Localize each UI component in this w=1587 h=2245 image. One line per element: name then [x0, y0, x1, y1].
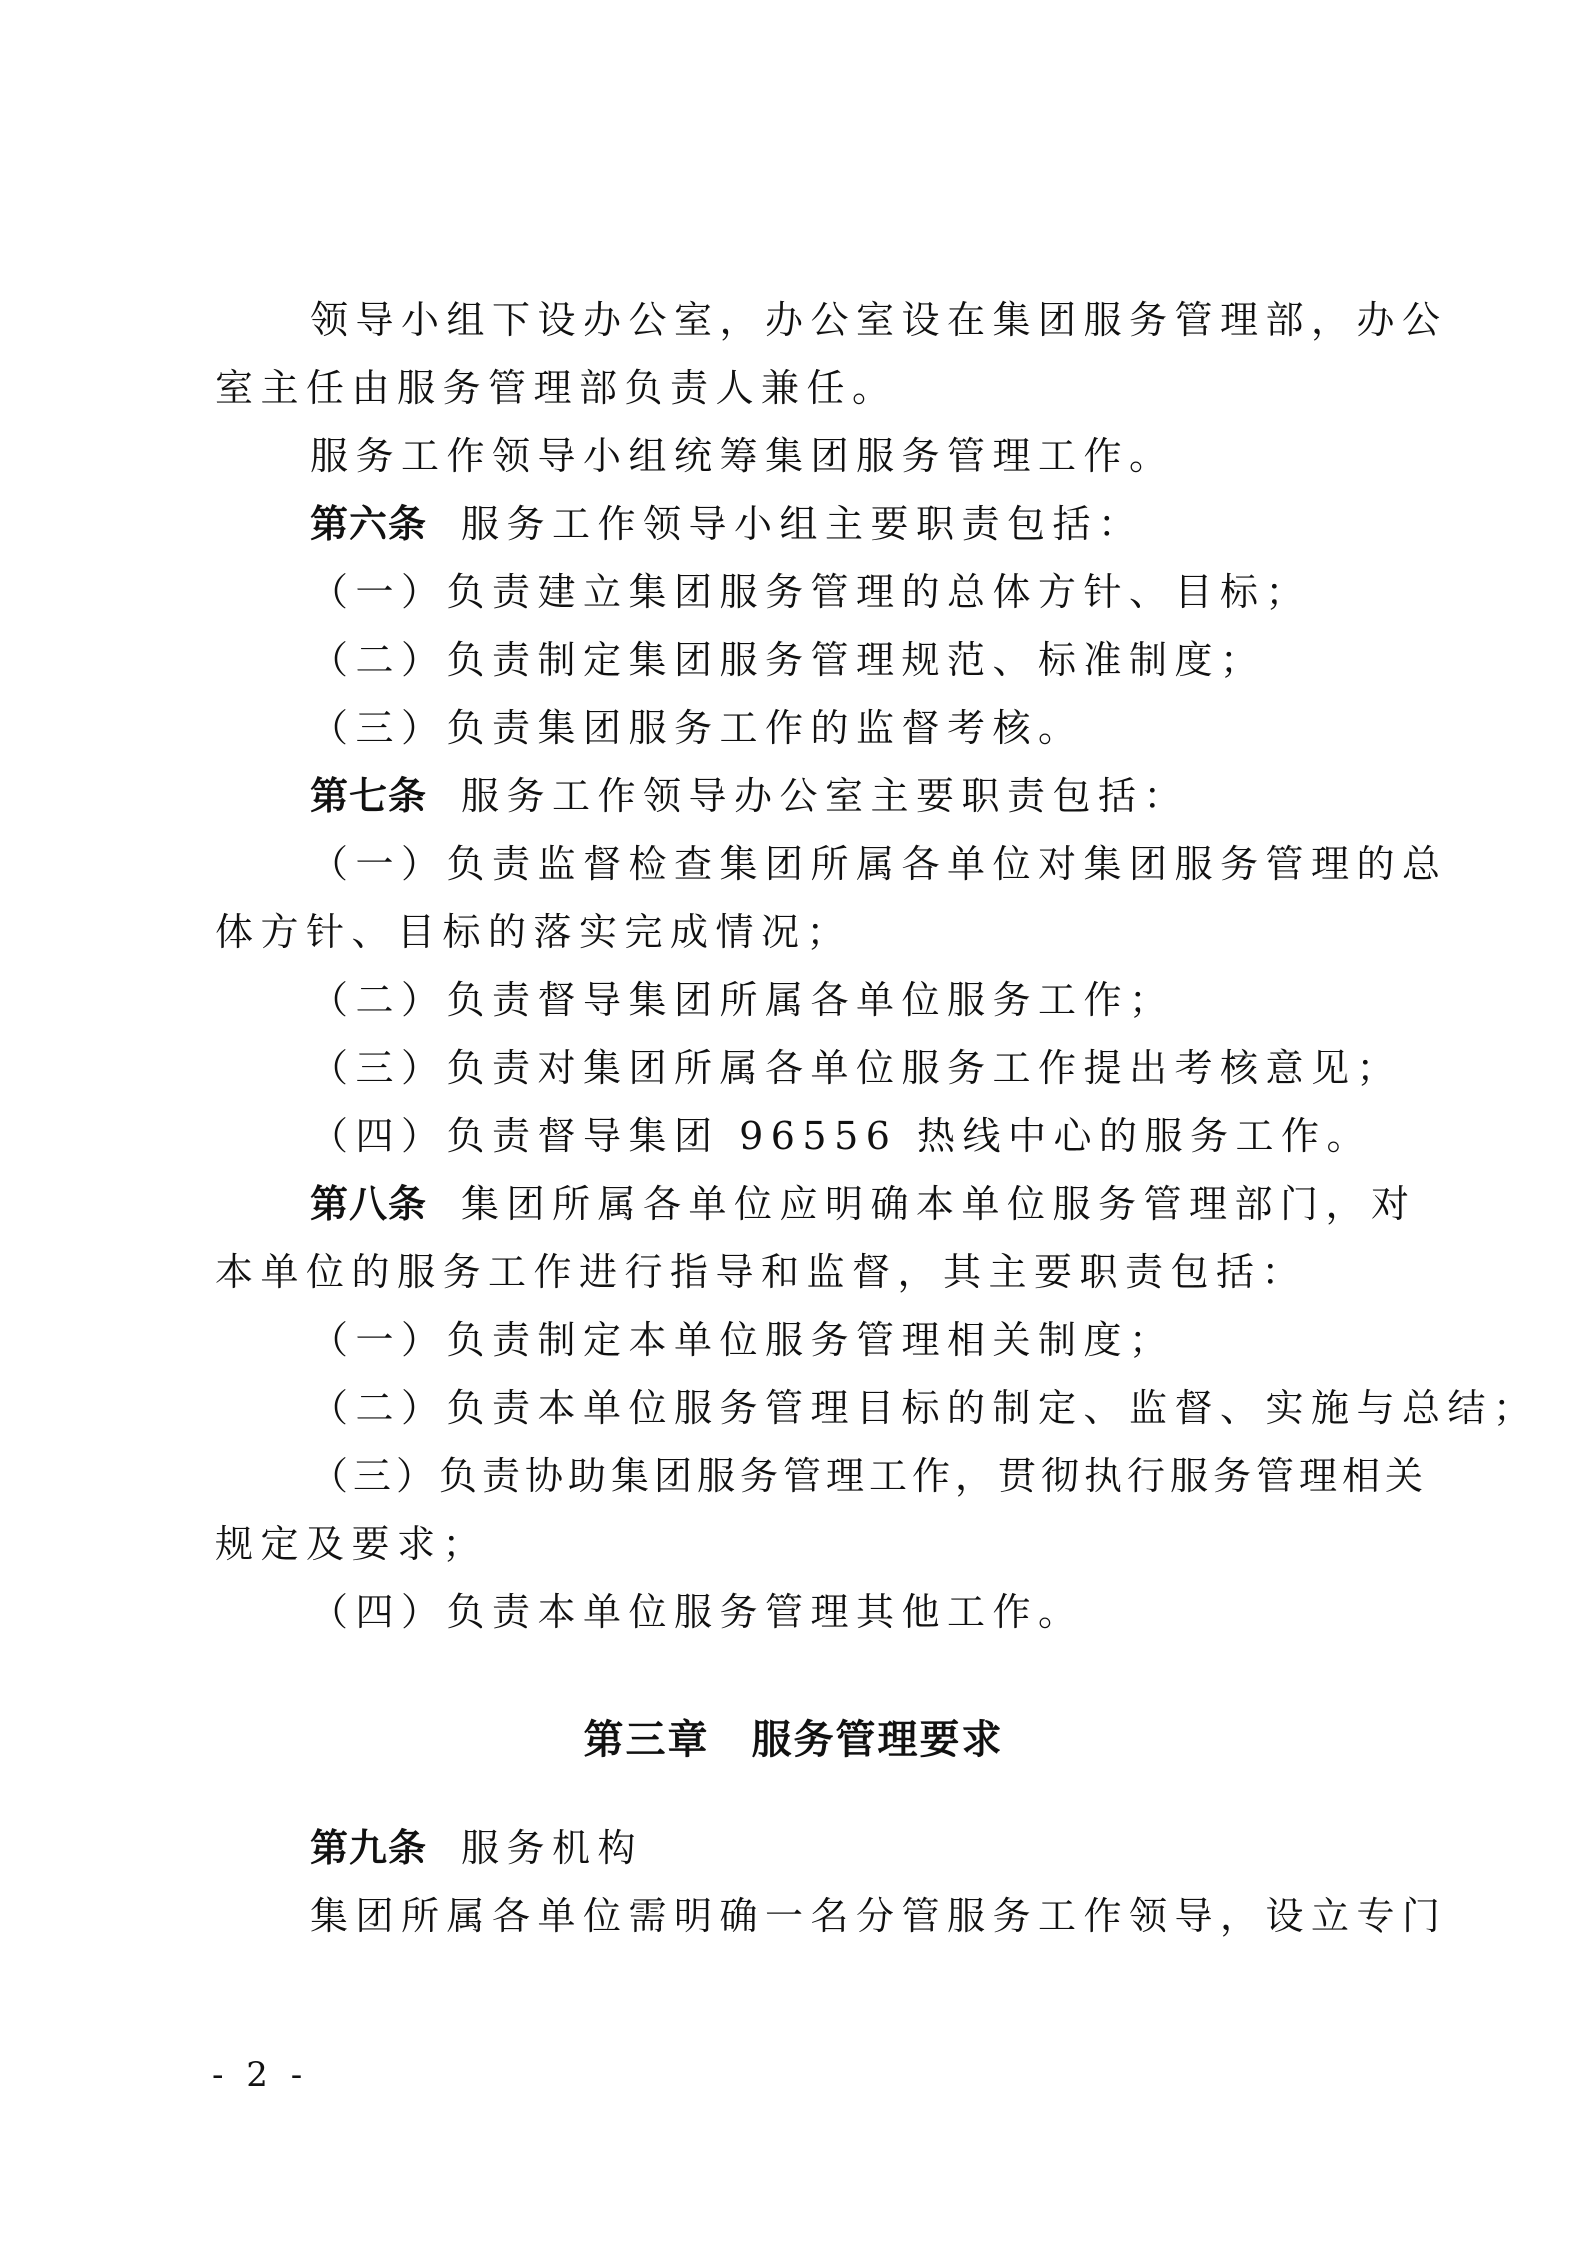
- list-item: （一）负责制定本单位服务管理相关制度；: [310, 1318, 1175, 1362]
- list-item: （二）负责制定集团服务管理规范、标准制度；: [310, 638, 1266, 682]
- list-item: （三）负责集团服务工作的监督考核。: [310, 706, 1084, 750]
- article-9: 第九条服务机构: [310, 1826, 643, 1870]
- paragraph-line: 服务工作领导小组统筹集团服务管理工作。: [310, 434, 1175, 478]
- paragraph-line: 室主任由服务管理部负责人兼任。: [215, 366, 898, 410]
- article-label: 第八条: [310, 1182, 427, 1226]
- article-label: 第六条: [310, 502, 427, 546]
- paragraph-line: 领导小组下设办公室，办公室设在集团服务管理部，办公: [310, 298, 1448, 342]
- list-item: （三）负责协助集团服务管理工作，贯彻执行服务管理相关: [310, 1454, 1428, 1498]
- article-7: 第七条服务工作领导办公室主要职责包括：: [310, 774, 1189, 818]
- list-item: （二）负责本单位服务管理目标的制定、监督、实施与总结；: [310, 1386, 1539, 1430]
- paragraph-line: 本单位的服务工作进行指导和监督，其主要职责包括：: [215, 1250, 1307, 1294]
- list-item: （三）负责对集团所属各单位服务工作提出考核意见；: [310, 1046, 1402, 1090]
- chapter-heading: 第三章 服务管理要求: [0, 1708, 1587, 1765]
- list-item: （四）负责本单位服务管理其他工作。: [310, 1590, 1084, 1634]
- article-label: 第七条: [310, 774, 427, 818]
- article-8: 第八条集团所属各单位应明确本单位服务管理部门，对: [310, 1182, 1417, 1226]
- paragraph-line: 集团所属各单位需明确一名分管服务工作领导，设立专门: [310, 1894, 1448, 1938]
- list-item: （二）负责督导集团所属各单位服务工作；: [310, 978, 1175, 1022]
- list-item: （一）负责监督检查集团所属各单位对集团服务管理的总: [310, 842, 1448, 886]
- article-6: 第六条服务工作领导小组主要职责包括：: [310, 502, 1144, 546]
- article-text: 服务工作领导小组主要职责包括：: [461, 502, 1144, 546]
- list-item: （一）负责建立集团服务管理的总体方针、目标；: [310, 570, 1311, 614]
- article-text: 集团所属各单位应明确本单位服务管理部门，对: [461, 1182, 1417, 1226]
- page-number: - 2 -: [212, 2055, 308, 2095]
- document-page: 领导小组下设办公室，办公室设在集团服务管理部，办公 室主任由服务管理部负责人兼任…: [0, 0, 1587, 2245]
- list-item-continuation: 规定及要求；: [215, 1522, 488, 1566]
- list-item-continuation: 体方针、目标的落实完成情况；: [215, 910, 852, 954]
- article-label: 第九条: [310, 1826, 427, 1870]
- list-item: （四）负责督导集团 96556 热线中心的服务工作。: [310, 1114, 1372, 1158]
- article-text: 服务机构: [461, 1826, 643, 1870]
- article-text: 服务工作领导办公室主要职责包括：: [461, 774, 1189, 818]
